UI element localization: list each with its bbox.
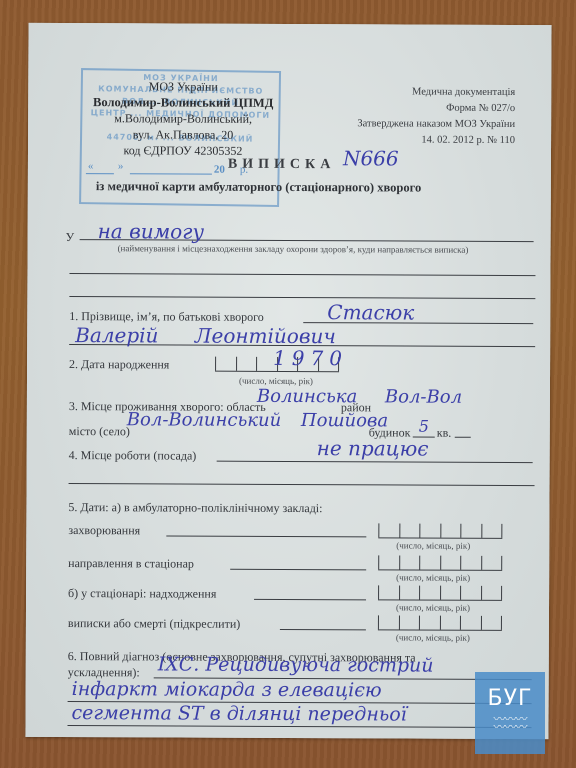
recipient-prefix: У [66, 230, 75, 245]
dob-value: 1970 [273, 346, 348, 370]
recipient-value: на вимогу [98, 219, 204, 243]
date-day-line [86, 173, 114, 174]
name-value-surname: Стасюк [327, 300, 414, 324]
date-close-quote: » [118, 160, 124, 172]
house-value: 5 [419, 417, 429, 436]
watermark-logo: БУГ 〰〰〰〰〰〰 [475, 672, 545, 754]
medical-extract-document: МОЗ УКРАЇНИ КОМУНАЛЬНЕ ПІДПРИЄМСТВО ВОЛ … [25, 23, 551, 739]
dates-heading: 5. Дати: а) в амбулаторно-поліклінічному… [68, 500, 322, 516]
meta-line: Форма № 027/о [357, 100, 515, 117]
admission-date-boxes [378, 585, 502, 601]
admission-date-hint: (число, місяць, рік) [396, 602, 470, 612]
discharge-line [280, 629, 366, 630]
referral-date-hint: (число, місяць, рік) [396, 572, 470, 582]
referral-line [230, 569, 366, 571]
waves-icon: 〰〰〰〰〰〰 [475, 715, 545, 731]
date-year-prefix: 20 [214, 164, 225, 176]
illness-line [166, 535, 366, 537]
institution-street: вул. Ак.Павлова, 20 [78, 127, 288, 143]
meta-line: Медична документація [358, 84, 516, 101]
diagnosis-line-3 [67, 725, 531, 728]
recipient-line-2 [69, 273, 535, 276]
institution-name: Володимир-Волинський ЦПМД [78, 95, 288, 111]
dob-hint: (число, місяць, рік) [239, 376, 313, 386]
document-subtitle: із медичної карти амбулаторного (стаціон… [96, 179, 421, 195]
dob-label: 2. Дата народження [69, 357, 169, 372]
institution-city: м.Володимир-Волинський, [78, 111, 288, 127]
work-line-2 [69, 483, 535, 486]
discharge-date-boxes [378, 615, 502, 631]
referral-label: направлення в стаціонар [68, 556, 194, 572]
city-value: Вол-Волинський Пошйова [127, 409, 388, 431]
work-label: 4. Місце роботи (посада) [69, 448, 197, 464]
recipient-hint: (найменування і місцезнаходження закладу… [118, 243, 469, 255]
discharge-date-hint: (число, місяць, рік) [396, 632, 470, 642]
diagnosis-value-1: ІХС. Рецидивуюча гострий [158, 653, 434, 676]
document-number: N666 [343, 146, 399, 170]
diagnosis-value-2: інфаркт міокарда з елевацією [72, 678, 382, 701]
district-value: Вол-Вол [385, 386, 462, 407]
city-label: місто (село) [69, 424, 130, 439]
illness-label: захворювання [68, 523, 140, 538]
admission-label: б) у стаціонарі: надходження [68, 586, 216, 602]
discharge-label: виписки або смерті (підкреслити) [68, 616, 240, 632]
admission-line [254, 599, 366, 600]
date-open-quote: « [88, 160, 94, 172]
illness-date-hint: (число, місяць, рік) [396, 540, 470, 550]
apt-line [455, 437, 471, 438]
meta-line: Затверджена наказом МОЗ України [357, 116, 515, 133]
apt-label: кв. [437, 426, 452, 441]
watermark-text: БУГ [475, 686, 545, 711]
form-metadata: Медична документація Форма № 027/о Затве… [357, 84, 515, 149]
name-value-given: Валерій Леонтійович [75, 323, 336, 348]
illness-date-boxes [378, 523, 502, 539]
work-value: не працює [317, 436, 429, 460]
work-line [217, 461, 533, 463]
institution-ministry: МОЗ України [78, 79, 288, 95]
diagnosis-value-3: сегмента ST в ділянці передньої [72, 702, 407, 725]
document-title: ВИПИСКА [228, 157, 335, 173]
referral-date-boxes [378, 555, 502, 571]
separator-line [69, 296, 535, 299]
